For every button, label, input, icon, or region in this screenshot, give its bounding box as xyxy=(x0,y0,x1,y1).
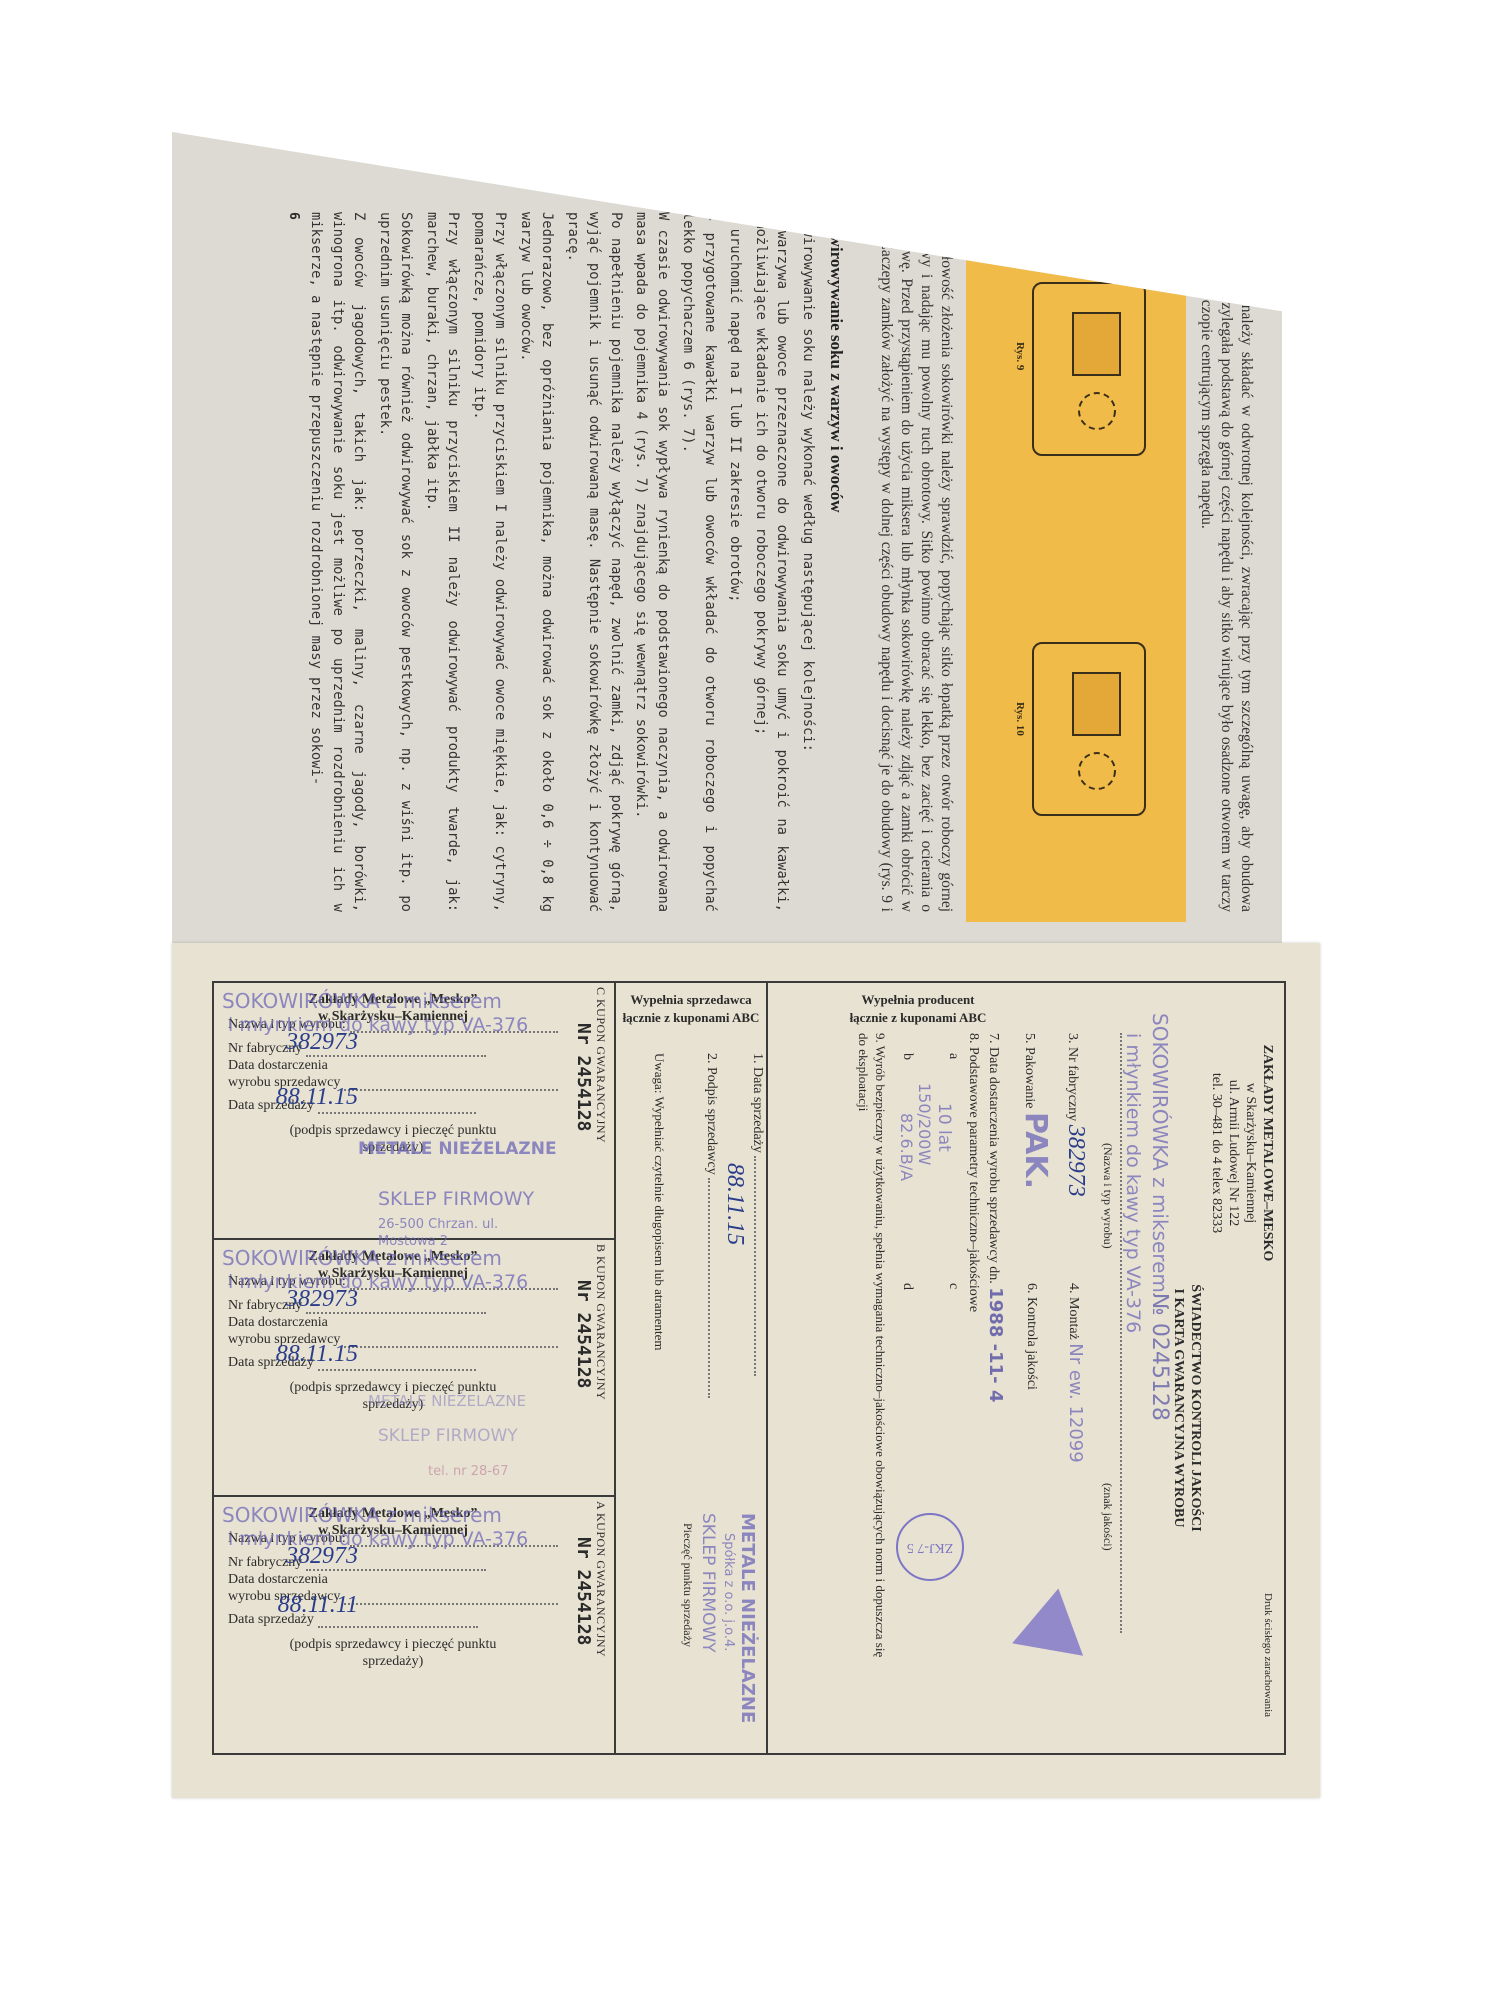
param-stamp: 10 lat xyxy=(934,1103,954,1152)
product-type-stamp: i młynkiem do kawy typ VA-376 xyxy=(228,1017,558,1034)
producer-section: Wypełnia producent łącznie z kuponami AB… xyxy=(768,983,1284,1753)
page-number: 6 xyxy=(286,212,301,912)
warranty-card-frame: Zakłady Metalowe „Mesko” w Skarżysku–Kam… xyxy=(212,981,1286,1755)
name-caption: (Nazwa i typ wyrobu) xyxy=(1099,1143,1116,1249)
warranty-card: Zakłady Metalowe „Mesko” w Skarżysku–Kam… xyxy=(172,943,1320,1798)
product-name-stamp: SOKOWIRÓWKA z mikserem xyxy=(222,1507,558,1524)
coupon-c: Zakłady Metalowe „Mesko” w Skarżysku–Kam… xyxy=(214,983,614,1240)
coupon-side-label: B KUPON GWARANCYJNY Nr 2454128 xyxy=(568,1240,610,1495)
section-heading: Odwirowywanie soku z warzyw i owoców xyxy=(826,212,846,912)
serial-value: 382973 xyxy=(286,1548,358,1565)
shop-stamp: METALE NIEŻELAZNE xyxy=(737,1513,758,1723)
param-a: a xyxy=(945,1053,962,1059)
seller-header: Wypełnia sprzedawca xyxy=(616,991,766,1008)
quality-mark-caption: (znak jakości) xyxy=(1099,1483,1116,1551)
serial-value: 382973 xyxy=(286,1291,358,1308)
signature-note: (podpis sprzedawcy i pieczęć punktu xyxy=(228,1636,558,1653)
product-name-stamp: SOKOWIRÓWKA z mikserem xyxy=(222,993,558,1010)
sale-date-value: 88.11.11 xyxy=(278,1597,358,1614)
assembly-field: 4. Montaż Nr ew. 12099 xyxy=(1065,1283,1084,1463)
shop-stamp-3: SKLEP FIRMOWY xyxy=(698,1513,718,1653)
body-paragraph: Odwirowywanie soku należy wykonać według… xyxy=(797,212,819,912)
serial-value: 382973 xyxy=(286,1034,358,1051)
figure-caption: Rys. 9 xyxy=(1014,342,1026,370)
stamp-caption: Pieczęć punktu sprzedaży xyxy=(679,1523,696,1647)
delivery-label: Data dostarczenia xyxy=(228,1057,558,1074)
coupon-number: Nr 2454128 xyxy=(573,1023,594,1131)
assembly-paragraph: Prawidłowość złożenia sokowirówki należy… xyxy=(856,212,956,912)
producer-rotated: ZAKŁADY METALOWE–MESKO w Skarżysku–Kamie… xyxy=(774,993,1284,1743)
company-street: ul. Armii Ludowej Nr 122 xyxy=(1225,1023,1242,1283)
body-paragraph: — uruchomić napęd na I lub II zakresie o… xyxy=(724,212,746,912)
company-city: w Skarżysku–Kamiennej xyxy=(1242,1023,1259,1283)
parameters-label: 8. Podstawowe parametry techniczno–jakoś… xyxy=(965,1033,982,1312)
shop-stamp-2: Spółka z o.o. j.o.4. xyxy=(721,1533,736,1651)
coupon-column: Zakłady Metalowe „Mesko” w Skarżysku–Kam… xyxy=(214,983,616,1753)
seller-rotated: 1. Data sprzedaży 88.11.15 2. Podpis spr… xyxy=(651,1043,766,1743)
figure-10: Rys. 10 xyxy=(1016,602,1166,862)
param-b: b xyxy=(899,1053,916,1060)
sale-date-value: 88.11.15 xyxy=(276,1089,358,1106)
shop-stamp: METALE NIEŻELAZNE xyxy=(368,1393,526,1410)
param-d: d xyxy=(899,1283,916,1290)
delivery-label: Data dostarczenia xyxy=(228,1571,558,1588)
product-type-stamp: i młynkiem do kawy typ VA-376 xyxy=(228,1274,558,1291)
param-c: c xyxy=(945,1283,962,1289)
card-title: ŚWIADECTWO KONTROLI JAKOŚCI xyxy=(1187,1243,1204,1573)
product-name-stamp: SOKOWIRÓWKA z mikserem xyxy=(222,1250,558,1267)
body-paragraph: — warzywa lub owoce przeznaczone do odwi… xyxy=(750,212,793,912)
manual-page-rotated-content: Sokowirówkę należy składać w odwrotnej k… xyxy=(202,172,1282,952)
seller-note: Uwaga: Wypełniać czytelnie długopisem lu… xyxy=(651,1043,668,1743)
body-paragraph: W czasie odwirowywania sok wypływa rynie… xyxy=(630,212,673,912)
illustration-panel: Rys. 9 Rys. 10 xyxy=(966,202,1186,922)
coupon-side-label: A KUPON GWARANCYJNY Nr 2454128 xyxy=(568,1497,610,1753)
figure-9: Rys. 9 xyxy=(1016,242,1166,502)
body-paragraph: Przy włączonym silniku przyciskiem II na… xyxy=(421,212,464,912)
inspection-round-stamp: ZKJ-7 5 xyxy=(896,1513,964,1581)
param-stamp-3: 82.6.B/A xyxy=(897,1113,916,1181)
quality-control-field: 6. Kontrola jakości xyxy=(1023,1283,1040,1390)
signature-note: (podpis sprzedawcy i pieczęć punktu xyxy=(228,1122,558,1139)
shop-stamp-2: SKLEP FIRMOWY xyxy=(378,1191,534,1208)
product-type-stamp: i młynkiem do kawy typ VA-376 xyxy=(228,1531,558,1548)
card-number: № 0245128 xyxy=(1147,1293,1172,1421)
packing-field: 5. Pakowanie PAK. xyxy=(1021,1033,1044,1189)
serial-field: 3. Nr fabryczny 382973 xyxy=(1064,1033,1084,1197)
print-note: Druk ścisłego zarachowania xyxy=(1259,1593,1276,1717)
coupon-number: Nr 2454128 xyxy=(573,1280,594,1388)
body-paragraph: Po napełnieniu pojemnika należy wyłączyć… xyxy=(562,212,627,912)
body-paragraph: Jednorazowo, bez opróżniania pojemnika, … xyxy=(515,212,558,912)
param-stamp-2: 150/200W xyxy=(915,1083,934,1165)
body-paragraph: Sokowirówką można również odwirowywać so… xyxy=(374,212,417,912)
company-name: ZAKŁADY METALOWE–MESKO xyxy=(1259,1023,1276,1283)
intro-paragraph: Sokowirówkę należy składać w odwrotnej k… xyxy=(1196,212,1256,912)
figure-caption: Rys. 10 xyxy=(1014,702,1026,736)
shop-stamp-3: tel. nr 28-67 xyxy=(428,1463,508,1480)
card-title-2: I KARTA GWARANCYJNA WYROBU xyxy=(1170,1243,1187,1573)
company-phone: tel. 30–481 do 4 telex 82333 xyxy=(1208,1023,1225,1283)
seller-header-2: łącznie z kuponami ABC xyxy=(616,1009,766,1026)
manual-page: Sokowirówkę należy składać w odwrotnej k… xyxy=(172,132,1282,947)
shop-stamp: METALE NIEŻELAZNE xyxy=(358,1141,557,1158)
coupon-side-label: C KUPON GWARANCYJNY Nr 2454128 xyxy=(568,983,610,1238)
coupon-a: Zakłady Metalowe „Mesko” w Skarżysku–Kam… xyxy=(214,1497,614,1753)
shop-stamp-2: SKLEP FIRMOWY xyxy=(378,1428,518,1445)
product-stamp-2: i młynkiem do kawy typ VA-376 xyxy=(1122,1033,1144,1333)
body-paragraph: Z owoców jagodowych, takich jak: porzecz… xyxy=(305,212,370,912)
product-stamp: SOKOWIRÓWKA z mikserem xyxy=(1148,1013,1172,1293)
sale-date-value: 88.11.15 xyxy=(276,1346,358,1363)
quality-mark-stamp xyxy=(1012,1582,1094,1656)
delivery-label: Data dostarczenia xyxy=(228,1314,558,1331)
coupon-number: Nr 2454128 xyxy=(573,1537,594,1645)
safety-statement: 9. Wyrób bezpieczny w użytkowaniu, spełn… xyxy=(855,1033,889,1673)
seller-section: Wypełnia sprzedawca łącznie z kuponami A… xyxy=(616,983,768,1753)
signature-note-2: sprzedaży) xyxy=(228,1653,558,1670)
serial-value: 382973 xyxy=(1063,1125,1089,1197)
body-paragraph: — przygotowane kawałki warzyw lub owoców… xyxy=(677,212,720,912)
coupon-b: Zakłady Metalowe „Mesko” w Skarżysku–Kam… xyxy=(214,1240,614,1497)
body-paragraph: Przy włączonym silniku przyciskiem I nal… xyxy=(468,212,511,912)
delivery-date-field: 7. Data dostarczenia wyrobu sprzedawcy d… xyxy=(985,1033,1004,1402)
